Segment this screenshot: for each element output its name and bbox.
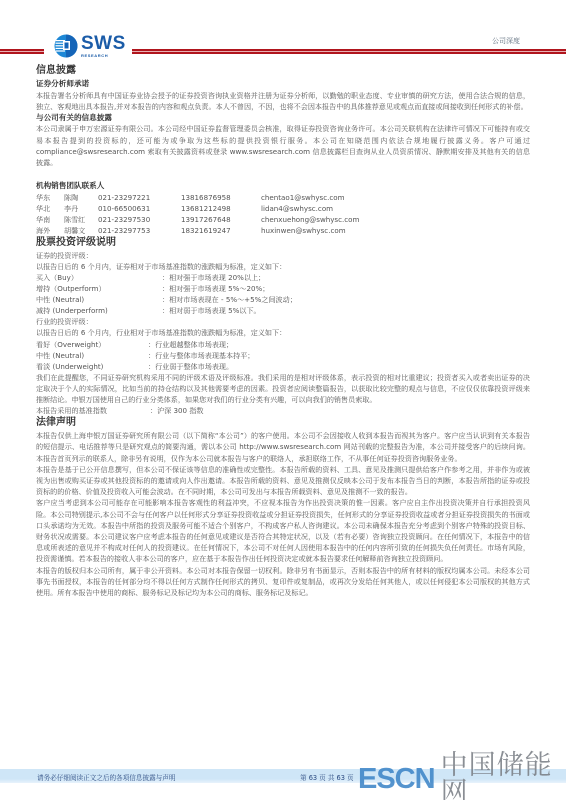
contact-name: 陈雪红 — [64, 214, 98, 225]
contact-name: 陈陶 — [64, 192, 98, 203]
watermark-chinese: 中国储能网 — [441, 752, 566, 800]
rating-label: 看好（Overweight） — [36, 339, 148, 350]
rating-title: 股票投资评级说明 — [36, 236, 530, 250]
rating-definition: ：行业与整体市场表现基本持平； — [148, 350, 254, 361]
industry-rating-heading: 行业的投资评级： — [36, 316, 530, 327]
contact-mobile: 13816876958 — [181, 192, 261, 203]
report-category: 公司深度 — [492, 36, 520, 46]
contact-phone: 021-23297221 — [98, 192, 181, 203]
legal-paragraph: 本报告的版权归本公司所有，属于非公开资料。本公司对本报告保留一切权利。除非另有书… — [36, 565, 530, 599]
industry-rating-row: 看淡 (Underweight) ：行业弱于整体市场表现。 — [36, 361, 530, 372]
page-number: 第 63 页 共 63 页 — [300, 772, 354, 782]
contact-mobile: 13681212498 — [181, 203, 261, 214]
contact-mobile: 18321619247 — [181, 225, 261, 236]
contact-email[interactable]: lidan4@swhysc.com — [261, 203, 333, 214]
rating-definition: ：行业超越整体市场表现； — [148, 339, 233, 350]
industry-rating-row: 看好（Overweight） ：行业超越整体市场表现； — [36, 339, 530, 350]
stock-rating-heading: 证券的投资评级： — [36, 250, 530, 261]
document-body: 信息披露 证券分析师承诺 本报告署名分析师具有中国证券业协会授予的证券投资咨询执… — [36, 64, 530, 598]
header-rule-right — [132, 49, 566, 54]
rating-label: 看淡 (Underweight) — [36, 361, 148, 372]
disclosure-title: 信息披露 — [36, 64, 530, 78]
stock-rating-row: 买入（Buy） ：相对强于市场表现 20%以上； — [36, 272, 530, 283]
benchmark-value: ：沪深 300 指数 — [150, 405, 204, 416]
contact-region: 华南 — [36, 214, 64, 225]
legal-paragraph: 本报告仅供上海申银万国证券研究所有限公司（以下简称“本公司”）的客户使用。本公司… — [36, 430, 530, 464]
analyst-pledge-text: 本报告署名分析师具有中国证券业协会授予的证券投资咨询执业资格并注册为证券分析师，… — [36, 90, 530, 112]
logo-wordmark: SWS — [81, 34, 126, 53]
analyst-pledge-heading: 证券分析师承诺 — [36, 78, 530, 90]
contact-row: 海外 胡馨文 021-23297753 18321619247 huxinwen… — [36, 225, 530, 236]
rating-definition: ：相对弱于市场表现 5%以下。 — [162, 305, 261, 316]
sales-team-heading: 机构销售团队联系人 — [36, 180, 530, 192]
rating-definition: ：相对市场表现在 - 5%～+5%之间波动； — [162, 294, 297, 305]
header-rule-left — [0, 49, 44, 54]
rating-note: 我们在此提醒您，不同证券研究机构采用不同的评级术语及评级标准。我们采用的是相对评… — [36, 372, 530, 406]
contact-region: 海外 — [36, 225, 64, 236]
rating-label: 中性 (Neutral) — [36, 294, 162, 305]
company-disclosure-heading: 与公司有关的信息披露 — [36, 112, 530, 124]
contact-region: 华东 — [36, 192, 64, 203]
legal-title: 法律声明 — [36, 416, 530, 430]
stock-rating-row: 中性 (Neutral) ：相对市场表现在 - 5%～+5%之间波动； — [36, 294, 530, 305]
sws-logo-icon — [54, 34, 78, 58]
stock-rating-row: 增持（Outperform） ：相对强于市场表现 5%～20%； — [36, 283, 530, 294]
rating-label: 减持 (Underperform) — [36, 305, 162, 316]
contact-row: 华北 李丹 010-66500631 13681212498 lidan4@sw… — [36, 203, 530, 214]
industry-rating-row: 中性 (Neutral) ：行业与整体市场表现基本持平； — [36, 350, 530, 361]
contact-name: 胡馨文 — [64, 225, 98, 236]
rating-definition: ：相对强于市场表现 5%～20%； — [162, 283, 269, 294]
contact-region: 华北 — [36, 203, 64, 214]
page-header: SWS RESEARCH 公司深度 — [0, 0, 566, 62]
logo-subtext: RESEARCH — [81, 54, 126, 58]
footer-disclaimer: 请务必仔细阅读正文之后的各项信息披露与声明 — [37, 772, 175, 782]
benchmark-row: 本报告采用的基准指数 ：沪深 300 指数 — [36, 405, 530, 416]
stock-rating-row: 减持 (Underperform) ：相对弱于市场表现 5%以下。 — [36, 305, 530, 316]
contact-phone: 021-23297530 — [98, 214, 181, 225]
stock-rating-intro: 以报告日后的 6 个月内，证券相对于市场基准指数的涨跌幅为标准，定义如下： — [36, 261, 530, 272]
contact-phone: 021-23297753 — [98, 225, 181, 236]
contact-row: 华南 陈雪红 021-23297530 13917267648 chenxueh… — [36, 214, 530, 225]
contact-phone: 010-66500631 — [98, 203, 181, 214]
company-disclosure-text: 本公司隶属于申万宏源证券有限公司。本公司经中国证券监督管理委员会核准，取得证券投… — [36, 123, 530, 168]
escn-watermark: ESCN 中国储能网 — [358, 764, 566, 794]
contact-mobile: 13917267648 — [181, 214, 261, 225]
contact-row: 华东 陈陶 021-23297221 13816876958 chentao1@… — [36, 192, 530, 203]
legal-paragraph: 本报告是基于已公开信息撰写，但本公司不保证该等信息的准确性或完整性。本报告所载的… — [36, 464, 530, 498]
legal-paragraph: 客户应当考虑到本公司可能存在可能影响本报告客观性的利益冲突，不应视本报告为作出投… — [36, 497, 530, 564]
sales-contacts-table: 华东 陈陶 021-23297221 13816876958 chentao1@… — [36, 192, 530, 236]
rating-label: 买入（Buy） — [36, 272, 162, 283]
contact-email[interactable]: chentao1@swhysc.com — [261, 192, 345, 203]
watermark-latin: ESCN — [358, 765, 435, 794]
contact-email[interactable]: huxinwen@swhysc.com — [261, 225, 346, 236]
benchmark-label: 本报告采用的基准指数 — [36, 405, 150, 416]
industry-rating-intro: 以报告日后的 6 个月内，行业相对于市场基准指数的涨跌幅为标准，定义如下： — [36, 327, 530, 338]
contact-email[interactable]: chenxuehong@swhysc.com — [261, 214, 359, 225]
rating-definition: ：相对强于市场表现 20%以上； — [162, 272, 265, 283]
sws-logo: SWS RESEARCH — [54, 32, 126, 60]
contact-name: 李丹 — [64, 203, 98, 214]
rating-label: 中性 (Neutral) — [36, 350, 148, 361]
rating-definition: ：行业弱于整体市场表现。 — [148, 361, 233, 372]
rating-label: 增持（Outperform） — [36, 283, 162, 294]
